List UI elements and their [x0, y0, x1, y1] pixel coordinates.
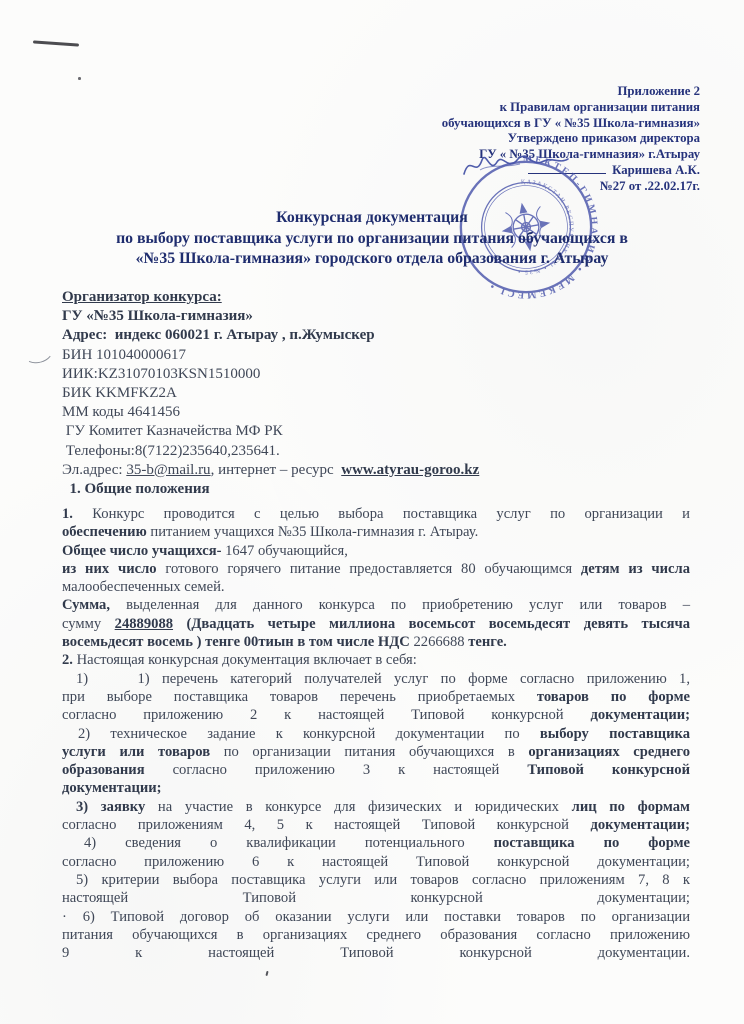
- organizer-line: Организатор конкурса:: [62, 288, 692, 307]
- body-text-line: 2) техническое задание к конкурсной доку…: [62, 725, 690, 743]
- text-segment: питанием учащихся №35 Школа-гимназия г. …: [147, 524, 479, 540]
- organizer-line: ГУ Комитет Казначейства МФ РК: [62, 422, 692, 441]
- body-text-line: из них число готового горячего питание п…: [62, 560, 690, 578]
- organizer-details-block: Организатор конкурса:ГУ «№35 Школа-гимна…: [62, 288, 692, 499]
- title-line-3: «№35 Школа-гимназия» городского отдела о…: [40, 249, 704, 270]
- body-text-line: 1. Конкурс проводится с целью выбора пос…: [62, 505, 690, 523]
- body-text-line: Сумма, выделенная для данного конкурса п…: [62, 596, 690, 614]
- header-line: Утверждено приказом директора: [370, 131, 700, 147]
- text-segment: 1) 1) перечень категорий получателей усл…: [76, 671, 690, 687]
- text-segment: 3) заявку: [76, 799, 145, 815]
- pen-dash-mark: [33, 40, 79, 46]
- text-segment: согласно приложению 6 к настоящей Типово…: [62, 854, 690, 870]
- text-segment: согласно приложению 3 к настоящей: [145, 762, 528, 778]
- text-segment: БИН 101040000617: [62, 347, 186, 363]
- text-segment: документации;: [590, 817, 690, 833]
- text-segment: выбору поставщика: [540, 726, 690, 742]
- body-text-line: согласно приложению 2 к настоящей Типово…: [62, 706, 690, 724]
- text-segment: , интернет – ресурс: [211, 462, 342, 478]
- body-text-line: сумму 24889088 (Двадцать четыре миллиона…: [62, 615, 690, 633]
- text-segment: настоящей Типовой конкурсной документаци…: [62, 890, 690, 906]
- text-segment: 35-b@mail.ru: [126, 462, 210, 478]
- header-line: к Правилам организации питания: [370, 100, 700, 116]
- body-text-line: документации;: [62, 779, 690, 797]
- text-segment: согласно приложениям 4, 5 к настоящей Ти…: [62, 817, 590, 833]
- text-segment: 2266688: [410, 634, 468, 650]
- signature-row: Каришева А.К.: [370, 163, 700, 179]
- pen-tick-mark: [265, 971, 269, 976]
- text-segment: 9 к настоящей Типовой конкурсной докумен…: [62, 945, 690, 961]
- text-segment: Общее число учащихся-: [62, 543, 221, 559]
- text-segment: из них число: [62, 561, 157, 577]
- text-segment: согласно приложению 2 к настоящей Типово…: [62, 707, 590, 723]
- body-text-line: образования согласно приложению 3 к наст…: [62, 761, 690, 779]
- body-text-line: при выборе поставщика товаров перечень п…: [62, 688, 690, 706]
- text-segment: услуги или товаров: [62, 744, 210, 760]
- pen-arc-mark: [21, 338, 55, 367]
- organizer-line: Эл.адрес: 35-b@mail.ru, интернет – ресур…: [62, 461, 692, 480]
- body-text-line: 3) заявку на участие в конкурсе для физи…: [62, 798, 690, 816]
- title-line-2: по выбору поставщика услуги по организац…: [40, 229, 704, 250]
- text-segment: · 6) Типовой договор об оказании услуги …: [62, 909, 690, 925]
- text-segment: 1647 обучающийся,: [221, 543, 347, 559]
- text-segment: ГУ Комитет Казначейства МФ РК: [62, 423, 283, 439]
- header-line: обучающихся в ГУ « №35 Школа-гимназия»: [370, 116, 700, 132]
- body-text-line: · 6) Типовой договор об оказании услуги …: [62, 908, 690, 926]
- text-segment: 24889088: [115, 616, 173, 632]
- body-text-line: 4) сведения о квалификации потенциальног…: [62, 834, 690, 852]
- text-segment: при выборе поставщика товаров перечень п…: [62, 689, 537, 705]
- text-segment: Адрес: индекс 060021 г. Атырау , п.Жумыс…: [62, 327, 375, 343]
- director-name: Каришева А.К.: [612, 163, 700, 177]
- organizer-line: Телефоны:8(7122)235640,235641.: [62, 442, 692, 461]
- text-segment: обеспечению: [62, 524, 147, 540]
- body-text-line: малообеспеченных семей.: [62, 578, 690, 596]
- organizer-line: 1. Общие положения: [62, 480, 692, 499]
- text-segment: сумму: [62, 616, 115, 632]
- text-segment: 5) критерии выбора поставщика услуги или…: [76, 872, 690, 888]
- body-text-line: согласно приложениям 4, 5 к настоящей Ти…: [62, 816, 690, 834]
- text-segment: www.atyrau-goroo.kz: [341, 462, 479, 478]
- text-segment: документации;: [590, 707, 690, 723]
- text-segment: образования: [62, 762, 145, 778]
- body-text-line: питания обучающихся в организациях средн…: [62, 926, 690, 944]
- document-title: Конкурсная документация по выбору постав…: [40, 208, 704, 270]
- order-number-line: №27 от .22.02.17г.: [370, 179, 700, 195]
- text-segment: на участие в конкурсе для физических и ю…: [145, 799, 571, 815]
- pen-dot-mark: [78, 77, 81, 80]
- body-text-line: 1) 1) перечень категорий получателей усл…: [62, 670, 690, 688]
- text-segment: БИК KKMFKZ2A: [62, 385, 177, 401]
- signature-line: [528, 172, 606, 174]
- text-segment: по организации питания обучающихся в: [210, 744, 528, 760]
- body-text-line: обеспечению питанием учащихся №35 Школа-…: [62, 523, 690, 541]
- text-segment: 2.: [62, 652, 73, 668]
- text-segment: Типовой конкурсной: [527, 762, 690, 778]
- body-text-line: Общее число учащихся- 1647 обучающийся,: [62, 542, 690, 560]
- scanned-document-page: Приложение 2 к Правилам организации пита…: [0, 0, 744, 1024]
- text-segment: детям из числа: [581, 561, 690, 577]
- body-text-line: 9 к настоящей Типовой конкурсной докумен…: [62, 944, 690, 962]
- body-text-line: восемьдесят восемь ) тенге 00тиын в том …: [62, 633, 690, 651]
- text-segment: выделенная для данного конкурса по приоб…: [110, 597, 690, 613]
- organizer-line: ГУ «№35 Школа-гимназия»: [62, 307, 692, 326]
- general-provisions-body: 1. Конкурс проводится с целью выбора пос…: [62, 505, 690, 962]
- organizer-line: БИН 101040000617: [62, 346, 692, 365]
- text-segment: организациях среднего: [528, 744, 690, 760]
- text-segment: лиц по формам: [572, 799, 690, 815]
- text-segment: Эл.адрес:: [62, 462, 126, 478]
- body-text-line: услуги или товаров по организации питани…: [62, 743, 690, 761]
- header-line: ГУ « №35 Школа-гимназия» г.Атырау: [370, 147, 700, 163]
- text-segment: Телефоны:8(7122)235640,235641.: [62, 443, 280, 459]
- text-segment: ГУ «№35 Школа-гимназия»: [62, 308, 253, 324]
- body-text-line: 2. Настоящая конкурсная документация вкл…: [62, 651, 690, 669]
- text-segment: 4) сведения о квалификации потенциальног…: [84, 835, 494, 851]
- text-segment: 2) техническое задание к конкурсной доку…: [78, 726, 540, 742]
- text-segment: малообеспеченных семей.: [62, 579, 225, 595]
- title-line-1: Конкурсная документация: [40, 208, 704, 229]
- body-text-line: настоящей Типовой конкурсной документаци…: [62, 889, 690, 907]
- organizer-line: Адрес: индекс 060021 г. Атырау , п.Жумыс…: [62, 326, 692, 345]
- header-line: Приложение 2: [370, 84, 700, 100]
- text-segment: поставщика по форме: [494, 835, 690, 851]
- organizer-line: БИК KKMFKZ2A: [62, 384, 692, 403]
- text-segment: 1. Общие положения: [62, 481, 210, 497]
- text-segment: ИИК:KZ31070103KSN1510000: [62, 366, 260, 382]
- organizer-line: ММ коды 4641456: [62, 403, 692, 422]
- text-segment: документации;: [62, 780, 162, 796]
- text-segment: тенге.: [468, 634, 507, 650]
- text-segment: 1.: [62, 506, 73, 522]
- text-segment: ММ коды 4641456: [62, 404, 180, 420]
- text-segment: Сумма,: [62, 597, 110, 613]
- text-segment: Организатор конкурса:: [62, 289, 222, 305]
- text-segment: товаров по форме: [537, 689, 690, 705]
- text-segment: питания обучающихся в организациях средн…: [62, 927, 690, 943]
- organizer-line: ИИК:KZ31070103KSN1510000: [62, 365, 692, 384]
- text-segment: Конкурс проводится с целью выбора постав…: [73, 506, 690, 522]
- text-segment: готового горячего питание предоставляетс…: [157, 561, 581, 577]
- text-segment: Настоящая конкурсная документация включа…: [73, 652, 417, 668]
- approval-header-block: Приложение 2 к Правилам организации пита…: [370, 84, 700, 195]
- text-segment: восемьдесят восемь ) тенге 00тиын в том …: [62, 634, 410, 650]
- text-segment: (Двадцать четыре миллиона восемьсот восе…: [173, 616, 690, 632]
- body-text-line: 5) критерии выбора поставщика услуги или…: [62, 871, 690, 889]
- body-text-line: согласно приложению 6 к настоящей Типово…: [62, 853, 690, 871]
